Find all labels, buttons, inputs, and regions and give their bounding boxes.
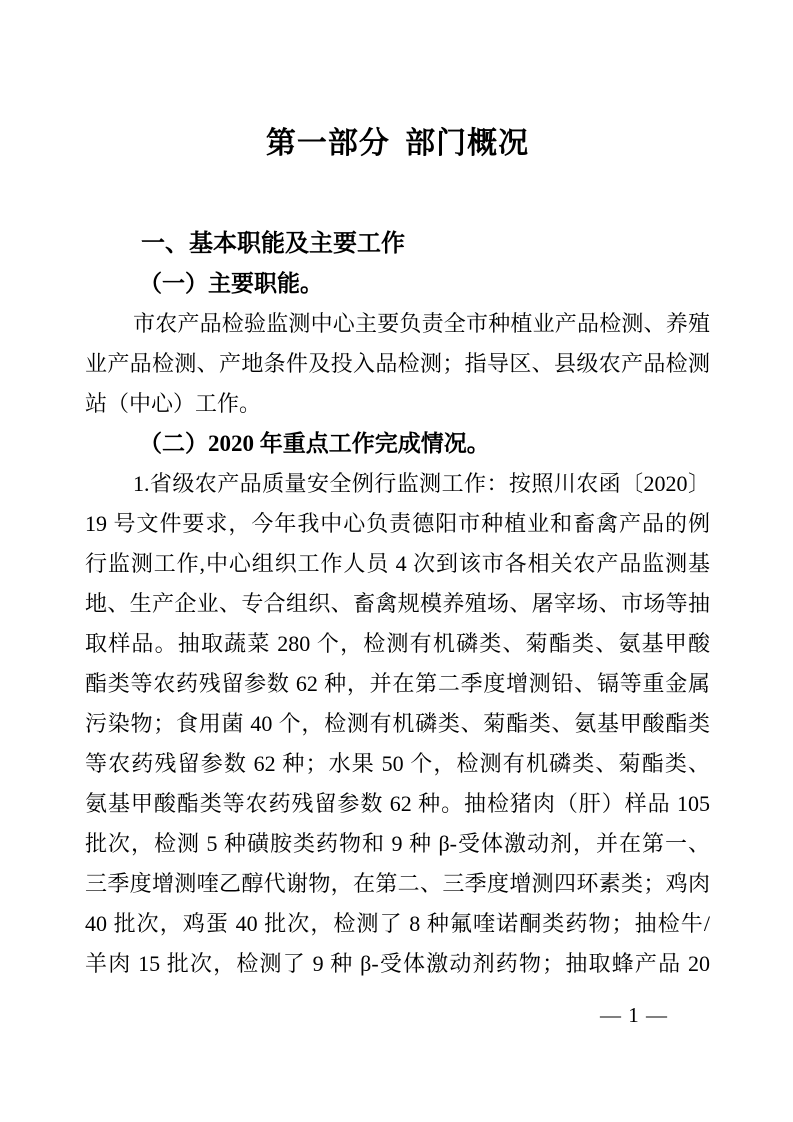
- subsection-heading-main-duties: （一）主要职能。: [85, 264, 710, 304]
- body-line: 取样品。抽取蔬菜 280 个，检测有机磷类、菊酯类、氨基甲酸: [85, 624, 710, 664]
- paragraph-main-duties: 市农产品检验监测中心主要负责全市种植业产品检测、养殖 业产品检测、产地条件及投入…: [85, 304, 710, 424]
- body-line: 19 号文件要求，今年我中心负责德阳市种植业和畜禽产品的例: [85, 504, 710, 544]
- body-line: 氨基甲酸酯类等农药残留参数 62 种。抽检猪肉（肝）样品 105: [85, 784, 710, 824]
- body-line: 批次，检测 5 种磺胺类药物和 9 种 β-受体激动剂，并在第一、: [85, 824, 710, 864]
- document-page: 第一部分 部门概况 一、基本职能及主要工作 （一）主要职能。 市农产品检验监测中…: [0, 0, 793, 1122]
- document-content: 第一部分 部门概况 一、基本职能及主要工作 （一）主要职能。 市农产品检验监测中…: [85, 0, 710, 984]
- body-line: 酯类等农药残留参数 62 种，并在第二季度增测铅、镉等重金属: [85, 664, 710, 704]
- body-line: 业产品检测、产地条件及投入品检测；指导区、县级农产品检测: [85, 344, 710, 384]
- subsection-heading-2020-key-work: （二）2020 年重点工作完成情况。: [85, 424, 710, 464]
- body-line: 羊肉 15 批次，检测了 9 种 β-受体激动剂药物；抽取蜂产品 20: [85, 944, 710, 984]
- body-line: 等农药残留参数 62 种；水果 50 个，检测有机磷类、菊酯类、: [85, 744, 710, 784]
- section-heading-basic-functions: 一、基本职能及主要工作: [85, 224, 710, 264]
- body-line: 三季度增测喹乙醇代谢物，在第二、三季度增测四环素类；鸡肉: [85, 864, 710, 904]
- paragraph-monitoring-work: 1.省级农产品质量安全例行监测工作：按照川农函〔2020〕 19 号文件要求，今…: [85, 464, 710, 984]
- body-line: 1.省级农产品质量安全例行监测工作：按照川农函〔2020〕: [85, 464, 710, 504]
- body-line: 污染物；食用菌 40 个，检测有机磷类、菊酯类、氨基甲酸酯类: [85, 704, 710, 744]
- page-title: 第一部分 部门概况: [85, 126, 710, 162]
- body-line: 地、生产企业、专合组织、畜禽规模养殖场、屠宰场、市场等抽: [85, 584, 710, 624]
- page-number: — 1 —: [600, 1000, 668, 1030]
- body-line: 站（中心）工作。: [85, 384, 710, 424]
- body-line: 40 批次，鸡蛋 40 批次，检测了 8 种氟喹诺酮类药物；抽检牛/: [85, 904, 710, 944]
- body-line: 行监测工作,中心组织工作人员 4 次到该市各相关农产品监测基: [85, 544, 710, 584]
- body-line: 市农产品检验监测中心主要负责全市种植业产品检测、养殖: [85, 304, 710, 344]
